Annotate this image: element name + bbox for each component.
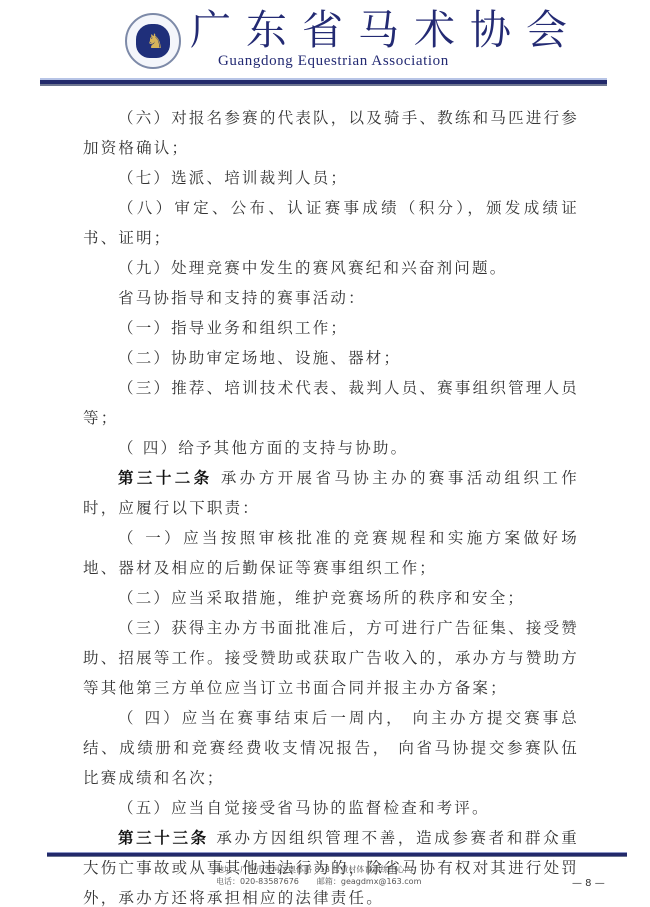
footer-contact: 电话：020-83587676邮箱：geagdmx@163.com bbox=[216, 876, 421, 888]
letterhead: ♞ 广东省马术协会 Guangdong Equestrian Associati… bbox=[0, 0, 650, 90]
clause-item: （ 四）给予其他方面的支持与协助。 bbox=[83, 433, 579, 463]
paragraph-text: （一）指导业务和组织工作； bbox=[118, 319, 348, 337]
paragraph-text: （三）获得主办方书面批准后，方可进行广告征集、接受赞助、招展等工作。接受赞助或获… bbox=[83, 619, 579, 697]
association-emblem-icon: ♞ bbox=[125, 13, 181, 69]
paragraph-text: （八）审定、公布、认证赛事成绩（积分），颁发成绩证书、证明； bbox=[83, 199, 579, 247]
paragraph-text: （六）对报名参赛的代表队，以及骑手、教练和马匹进行参加资格确认； bbox=[83, 109, 579, 157]
page-number: — 8 — bbox=[572, 878, 605, 889]
article-32: 第三十二条 承办方开展省马协主办的赛事活动组织工作时，应履行以下职责： bbox=[83, 463, 579, 523]
article-number: 第三十二条 bbox=[118, 469, 213, 487]
clause-item: （三）获得主办方书面批准后，方可进行广告征集、接受赞助、招展等工作。接受赞助或获… bbox=[83, 613, 579, 703]
clause-item: （三）推荐、培训技术代表、裁判人员、赛事组织管理人员等； bbox=[83, 373, 579, 433]
clause-item: （ 一）应当按照审核批准的竞赛规程和实施方案做好场地、器材及相应的后勤保证等赛事… bbox=[83, 523, 579, 583]
clause-item: （九）处理竞赛中发生的赛风赛纪和兴奋剂问题。 bbox=[83, 253, 579, 283]
footer-phone: 电话：020-83587676 bbox=[216, 877, 299, 886]
clause-item: （五）应当自觉接受省马协的监督检查和考评。 bbox=[83, 793, 579, 823]
footer-rule bbox=[47, 856, 627, 857]
paragraph-text: （三）推荐、培训技术代表、裁判人员、赛事组织管理人员等； bbox=[83, 379, 579, 427]
paragraph-text: （ 一）应当按照审核批准的竞赛规程和实施方案做好场地、器材及相应的后勤保证等赛事… bbox=[83, 529, 579, 577]
emblem-flower-shape: ♞ bbox=[136, 24, 170, 58]
horse-rider-icon: ♞ bbox=[146, 29, 162, 53]
paragraph-text: 省马协指导和支持的赛事活动： bbox=[118, 289, 366, 307]
clause-item: （六）对报名参赛的代表队，以及骑手、教练和马匹进行参加资格确认； bbox=[83, 103, 579, 163]
clause-item: （二）协助审定场地、设施、器材； bbox=[83, 343, 579, 373]
clause-item: （八）审定、公布、认证赛事成绩（积分），颁发成绩证书、证明； bbox=[83, 193, 579, 253]
paragraph-text: （ 四）给予其他方面的支持与协助。 bbox=[118, 439, 408, 457]
clause-item: （ 四）应当在赛事结束后一周内， 向主办方提交赛事总结、成绩册和竞赛经费收支情况… bbox=[83, 703, 579, 793]
paragraph-text: （二）协助审定场地、设施、器材； bbox=[118, 349, 401, 367]
paragraph-text: （七）选派、培训裁判人员； bbox=[118, 169, 348, 187]
org-name-cn: 广东省马术协会 bbox=[190, 4, 582, 56]
clause-item: （七）选派、培训裁判人员； bbox=[83, 163, 579, 193]
section-intro: 省马协指导和支持的赛事活动： bbox=[83, 283, 579, 313]
clause-item: （二）应当采取措施，维护竞赛场所的秩序和安全； bbox=[83, 583, 579, 613]
article-number: 第三十三条 bbox=[118, 829, 209, 847]
footer-email: 邮箱：geagdmx@163.com bbox=[317, 877, 421, 886]
paragraph-text: （ 四）应当在赛事结束后一周内， 向主办方提交赛事总结、成绩册和竞赛经费收支情况… bbox=[83, 709, 579, 787]
clause-item: （一）指导业务和组织工作； bbox=[83, 313, 579, 343]
paragraph-text: （二）应当采取措施，维护竞赛场所的秩序和安全； bbox=[118, 589, 525, 607]
org-name-en: Guangdong Equestrian Association bbox=[218, 53, 449, 70]
footer-address: 地址：广州市天河区奥体路 818 号黄村体育训练中心内 bbox=[216, 864, 412, 876]
paragraph-text: （五）应当自觉接受省马协的监督检查和考评。 bbox=[118, 799, 490, 817]
header-rule bbox=[40, 84, 607, 86]
paragraph-text: （九）处理竞赛中发生的赛风赛纪和兴奋剂问题。 bbox=[118, 259, 507, 277]
document-body: （六）对报名参赛的代表队，以及骑手、教练和马匹进行参加资格确认； （七）选派、培… bbox=[83, 103, 579, 907]
